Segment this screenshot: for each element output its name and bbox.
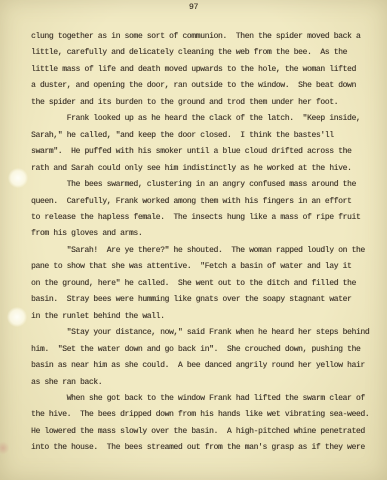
text-line: Sarah," he called, "and keep the door cl… (31, 128, 376, 144)
text-line: the hive. The bees dripped down from his… (31, 407, 376, 423)
text-line: little mass of life and death moved upwa… (31, 62, 376, 78)
text-line: queen. Carefully, Frank worked among the… (31, 194, 376, 210)
text-line: "Stay your distance, now," said Frank wh… (31, 325, 376, 341)
text-line: from his gloves and arms. (31, 226, 376, 242)
text-line: He lowered the mass slowly over the basi… (31, 424, 376, 440)
text-line: The bees swarmed, clustering in an angry… (31, 177, 376, 193)
text-line: as she ran back. (31, 375, 376, 391)
text-line: on the ground, here" he called. She went… (31, 276, 376, 292)
text-line: to release the hapless female. The insec… (31, 210, 376, 226)
text-line: Frank looked up as he heard the clack of… (31, 111, 376, 127)
typewritten-page: 97 clung together as in some sort of com… (0, 0, 387, 480)
typewritten-text: clung together as in some sort of commun… (31, 29, 376, 457)
text-line: clung together as in some sort of commun… (31, 29, 376, 45)
text-line: him. "Set the water down and go back in"… (31, 342, 376, 358)
text-line: in the runlet behind the wall. (31, 309, 376, 325)
punch-hole (8, 168, 28, 188)
text-line: swarm". He puffed with his smoker until … (31, 144, 376, 160)
text-line: basin. Stray bees were humming like gnat… (31, 292, 376, 308)
text-line: a duster, and opening the door, ran outs… (31, 78, 376, 94)
page-number: 97 (0, 3, 387, 12)
text-line: little, carefully and delicately cleanin… (31, 45, 376, 61)
text-line: "Sarah! Are ye there?" he shouted. The w… (31, 243, 376, 259)
text-line: into the house. The bees streamed out fr… (31, 440, 376, 456)
text-line: basin as near him as she could. A bee da… (31, 358, 376, 374)
text-line: When she got back to the window Frank ha… (31, 391, 376, 407)
text-line: the spider and its burden to the ground … (31, 95, 376, 111)
text-line: pane to show that she was attentive. "Fe… (31, 259, 376, 275)
text-line: rath and Sarah could only see him indist… (31, 161, 376, 177)
ink-smudge (0, 441, 9, 455)
punch-hole (7, 307, 27, 327)
